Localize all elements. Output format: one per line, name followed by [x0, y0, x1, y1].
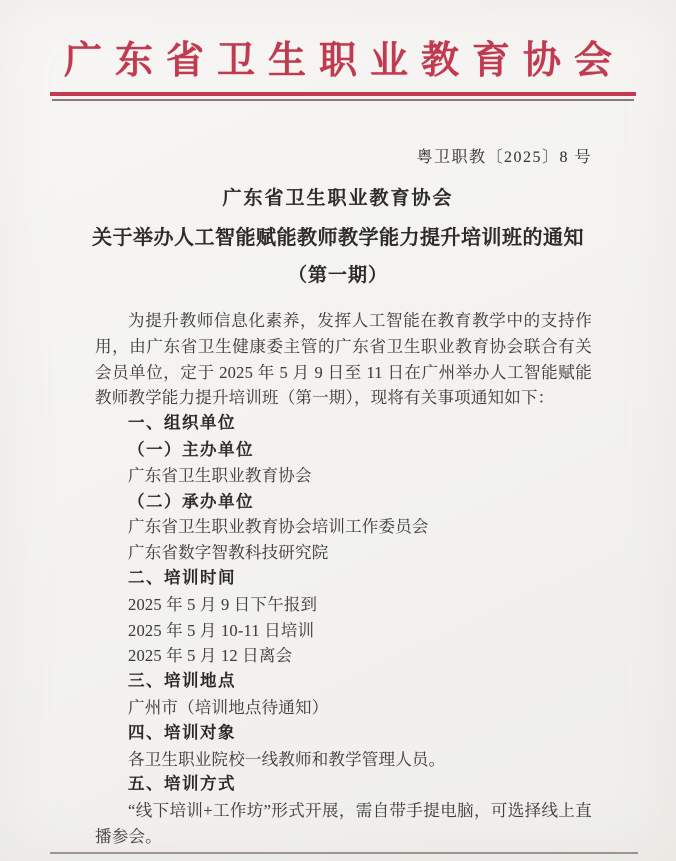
section-heading-time: 二、培训时间 [95, 566, 592, 592]
letterhead-rule-thick [50, 92, 636, 96]
format-item: “线下培训+工作坊”形式开展，需自带手提电脑，可选择线上直播参会。 [95, 798, 592, 850]
doc-ref-number: 粤卫职教〔2025〕8 号 [95, 147, 592, 168]
schedule-item: 2025 年 5 月 10-11 日培训 [95, 618, 592, 644]
doc-title-session: （第一期） [0, 264, 676, 288]
section-heading-organizers: 一、组织单位 [95, 411, 592, 437]
page-bottom-rule [50, 852, 638, 854]
doc-title-subject: 关于举办人工智能赋能教师教学能力提升培训班的通知 [0, 226, 676, 251]
audience-item: 各卫生职业院校一线教师和教学管理人员。 [95, 747, 592, 773]
undertaker-unit-item: 广东省数字智教科技研究院 [95, 540, 592, 566]
section-heading-audience: 四、培训对象 [95, 721, 592, 747]
doc-body: 为提升教师信息化素养，发挥人工智能在教育教学中的支持作用，由广东省卫生健康委主管… [95, 308, 592, 850]
doc-title-org: 广东省卫生职业教育协会 [0, 187, 676, 211]
subsection-heading-undertaker: （二）承办单位 [95, 489, 592, 515]
section-heading-format: 五、培训方式 [95, 772, 592, 798]
section-heading-location: 三、培训地点 [95, 669, 592, 695]
letterhead-rule-thin [52, 99, 634, 101]
location-item: 广州市（培训地点待通知） [95, 695, 592, 721]
subsection-heading-host: （一）主办单位 [95, 437, 592, 463]
undertaker-unit-item: 广东省卫生职业教育协会培训工作委员会 [95, 514, 592, 540]
official-notice-page: 广东省卫生职业教育协会 粤卫职教〔2025〕8 号 广东省卫生职业教育协会 关于… [0, 0, 676, 861]
schedule-item: 2025 年 5 月 9 日下午报到 [95, 592, 592, 618]
schedule-item: 2025 年 5 月 12 日离会 [95, 643, 592, 669]
letterhead-org-title: 广东省卫生职业教育协会 [0, 36, 676, 86]
intro-paragraph: 为提升教师信息化素养，发挥人工智能在教育教学中的支持作用，由广东省卫生健康委主管… [95, 308, 592, 411]
host-unit-item: 广东省卫生职业教育协会 [95, 463, 592, 489]
